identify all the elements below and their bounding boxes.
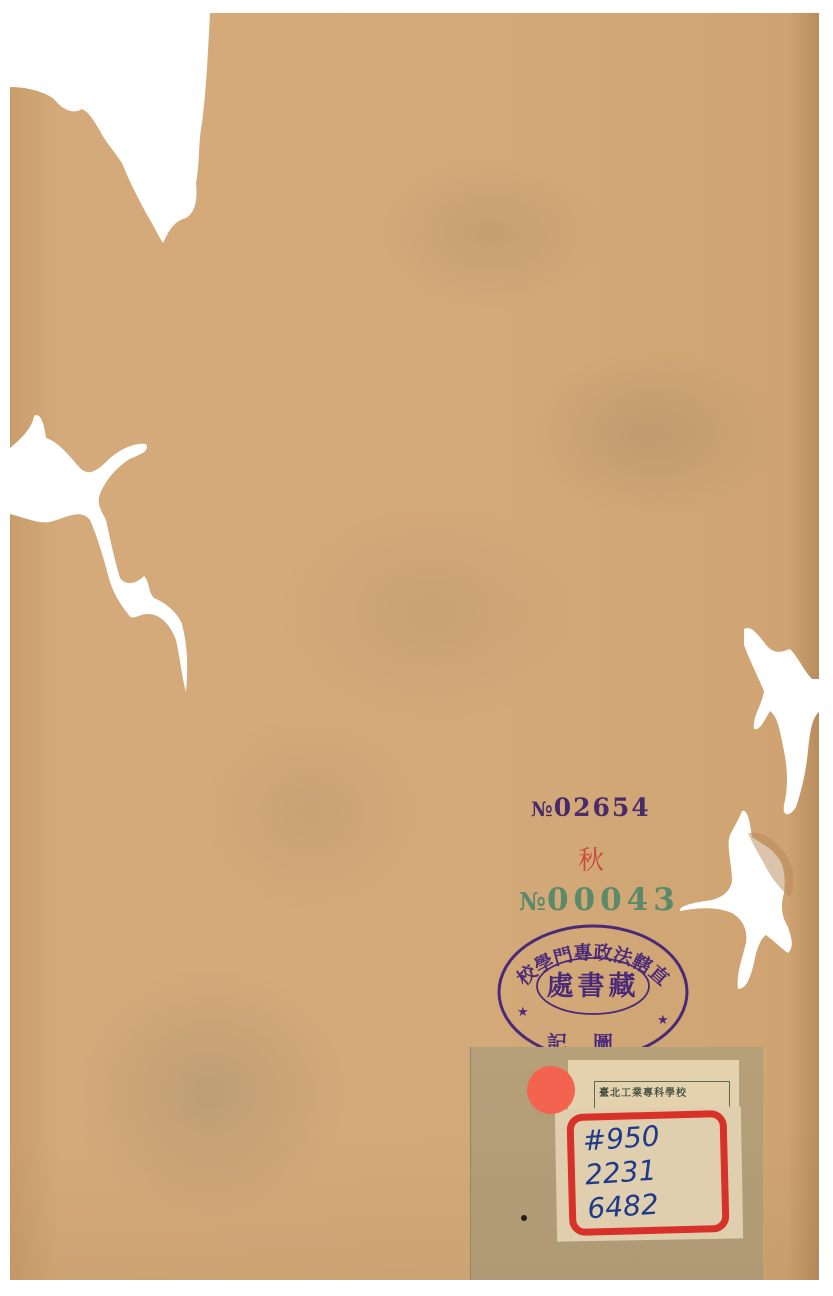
red-dot-sticker [527, 1066, 575, 1114]
secondary-number-stamp: №00043 [519, 882, 680, 918]
tear-right-lower [670, 803, 810, 1003]
svg-text:★: ★ [517, 1005, 529, 1020]
tear-left-middle [10, 408, 200, 708]
school-name-label: 臺北工業專科學校 [594, 1081, 730, 1108]
tear-right-upper [740, 621, 820, 821]
season-mark: 秋 [578, 840, 604, 877]
svg-text:★: ★ [657, 1013, 669, 1028]
number-sign: № [531, 797, 551, 821]
call-number: #950 2231 6482 [582, 1116, 719, 1227]
number-sign: № [519, 887, 544, 916]
accession-number: 02654 [554, 793, 651, 822]
seal-inner-text: 處書藏 [547, 971, 640, 1002]
secondary-number: 00043 [547, 882, 680, 918]
library-seal: 校學門專政法轄直 處書藏 記圖 ★ ★ [495, 922, 691, 1062]
accession-number-stamp: №02654 [531, 793, 651, 822]
tear-top-left [10, 13, 220, 253]
pin-hole [521, 1215, 527, 1221]
